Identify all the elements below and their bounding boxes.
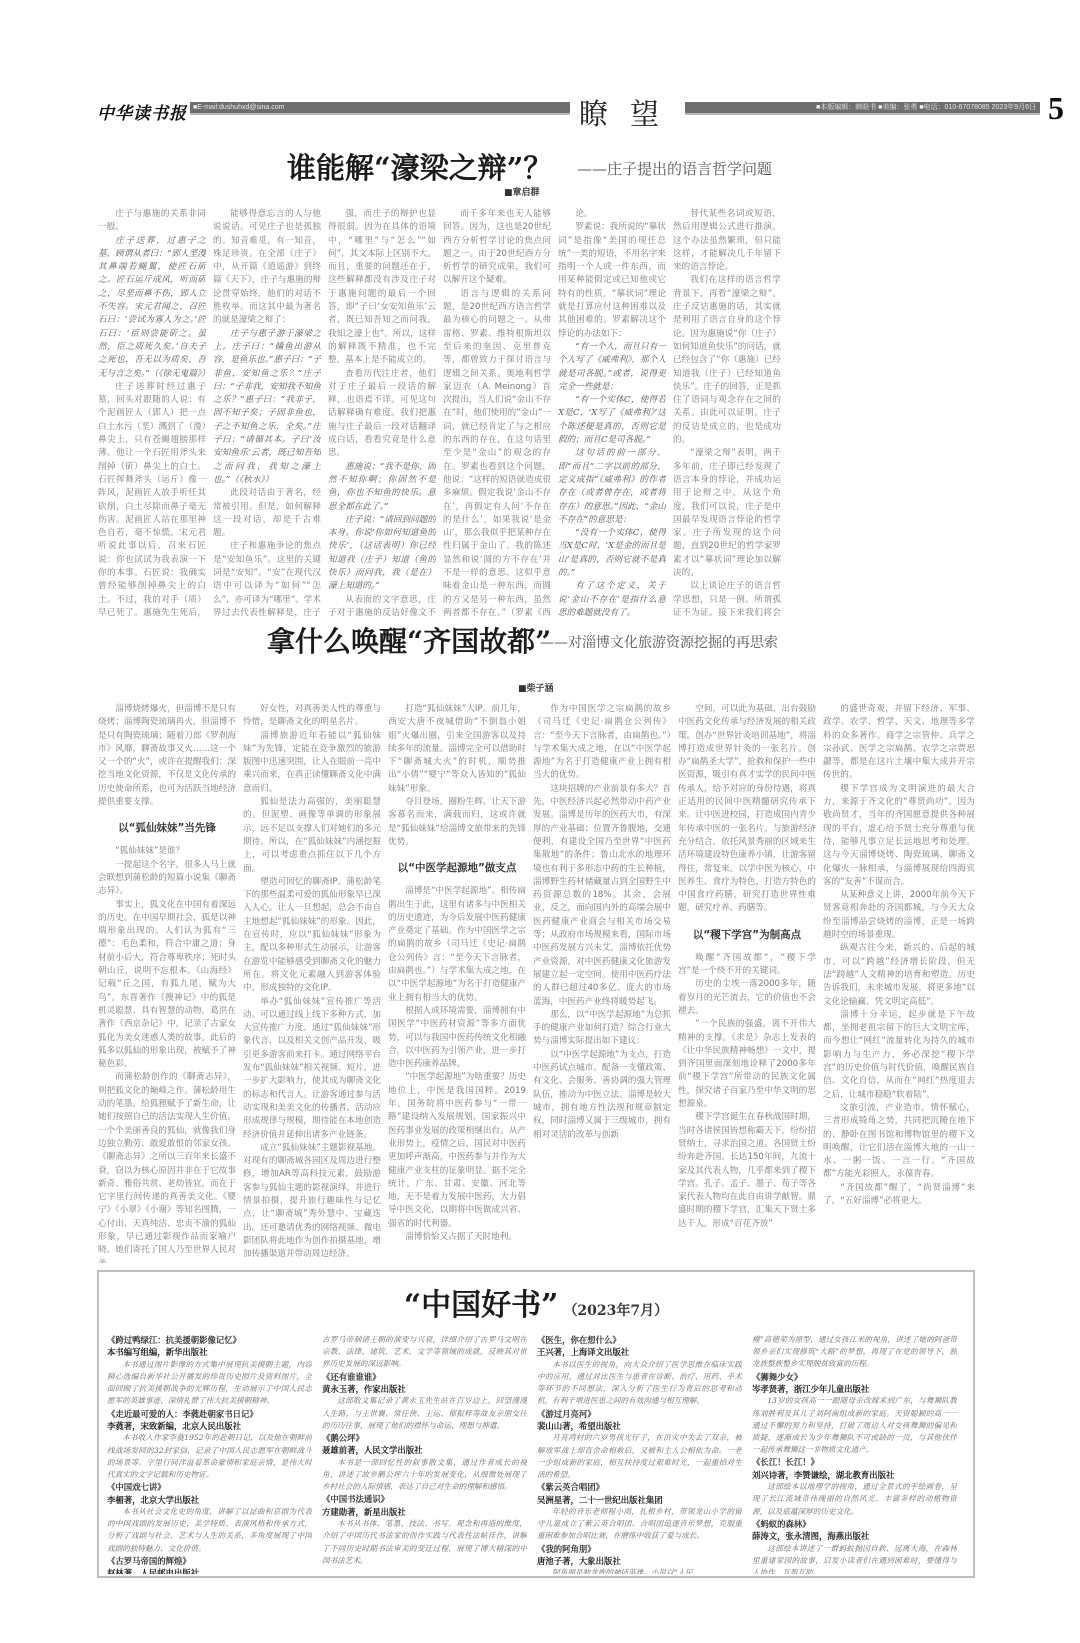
article2-column-3: 打造“狐仙妹妹”大IP。前几年，西安大唐不夜城借助“不倒翁小姐姐”火爆出圈，引来… xyxy=(388,703,526,1263)
page-number: 5 xyxy=(1048,90,1064,127)
article2-byline: ■柴子涵 xyxy=(518,681,554,694)
book-author: 李楣著，北京大学出版社 xyxy=(107,1494,312,1506)
paragraph: 的盛世奇观，并留下经济、军事、政学、农学、哲学、天文、地理等多学科的众多著作。商… xyxy=(823,703,975,783)
article2-column-4: 作为中国医学之宗扁鹊的故乡（司马迁《史记·扁鹊仓公列传》言：“至今天下言脉者，由… xyxy=(533,703,671,1263)
paragraph: 成立“狐仙妹妹”主题影视基地。对现有的聊斋城各园区及周边进行整修，增加AR等高科… xyxy=(243,1142,381,1262)
good-books-column-2: 古罗马帝制诸王朝的演变与兴衰，详细介绍了古罗马文明在宗教、法律、建筑、艺术、文学… xyxy=(322,1334,527,1574)
book-author: 薛涛文，张永清图，海燕出版社 xyxy=(752,1530,957,1542)
subheading: 以“稷下学宫”为制高点 xyxy=(678,928,816,942)
good-books-column-1: 《跨过鸭绿江：抗美援朝影像记忆》本书编写组编，新华出版社本书通过图片影像的方式集… xyxy=(107,1334,312,1574)
book-description: 古罗马帝制诸王朝的演变与兴衰，详细介绍了古罗马文明在宗教、法律、建筑、艺术、文学… xyxy=(322,1334,527,1371)
book-entry: 《还有谁谁谁》黄永玉著，作家出版社这部散文集记录了黄永玉先生站在百岁边上，回望漫… xyxy=(322,1371,527,1432)
book-description: 本书通过图片影像的方式集中展现抗美援朝主题，内容精心选编自新华社公开播发的珍贵历… xyxy=(107,1359,312,1408)
article2-column-5: 空间，可以此为基础，出台鼓励中医药文化传承与经济发展的相关政策。创办“世界针灸培… xyxy=(678,703,816,1263)
subheading: 以“中医学起源地”做支点 xyxy=(388,861,526,875)
paragraph: 庄子送葬时经过惠子墓，回头对跟随的人说：有个泥画匠人（郢人）把一点白土水污（垩）… xyxy=(98,381,206,620)
book-author: 本书编写组编，新华出版社 xyxy=(107,1346,312,1358)
masthead: 中华读书报 ■E-mail:dushuhxd@sina.com 瞭望 ■本版编辑… xyxy=(97,98,975,124)
quote-paragraph: 惠施说：“我不是你，固然不知你啊；你固然不是鱼，你也不知鱼的快乐。意思全都在此了… xyxy=(328,461,436,514)
paragraph: 文旅引流，产业造市，情怀赋心，三者形成犄角之势，共同把沉睡在地下的、静卧在图书馆… xyxy=(823,1102,975,1182)
paragraph: 事实上，狐文化在中国有着深远的历史。在中国早期社会，狐是以神瑞形象出现的。人们认… xyxy=(98,899,236,1072)
paragraph: 稷下学宫诞生在春秋战国时期，当时各诸侯国皆想称霸天下，纷纷招贤纳士，寻求治国之道… xyxy=(678,1111,816,1231)
paragraph: 那么，以“中医学起源地”为总抓手的健康产业如何打造？综合行业大势与淄博实际提出如… xyxy=(533,1009,671,1049)
paragraph: “齐国故都”醒了，“尚贤淄博”来了，“五好淄博”必将更大。 xyxy=(823,1182,975,1209)
paragraph: 论。 xyxy=(558,208,666,221)
book-title: 《中国戏七讲》 xyxy=(107,1481,312,1493)
book-title: 《狮舞少女》 xyxy=(752,1371,957,1383)
paragraph: 纵观古往今来，新兴的、后起的城市，可以“跨越”经济增长阶段，但无法“跨越”人文精… xyxy=(823,942,975,1008)
book-entry: 《鹅公坪》聂雄前著，人民文学出版社本书是一部回忆性的叙事散文集，通过作者成长的视… xyxy=(322,1432,527,1493)
book-entry: 《紫云英合唱团》吴洲星著，二十一世纪出版社集团年轻的音乐老师程小雨，扎根乡村，带… xyxy=(537,1481,742,1542)
book-title: 《走近最可爱的人：李蕤赴朝家书日记》 xyxy=(107,1408,312,1420)
book-description: 这部绘本以地理学的视角，通过全景式的手绘画卷，呈现了长江流域奇伟瑰丽的自然风光、… xyxy=(752,1481,957,1518)
book-description: 模”高德荣为原型，通过女孩江米的视角，讲述了她的阿爸带领乡亲们实现修筑“大路”的… xyxy=(752,1334,957,1371)
article1-column-2: 能够得意忘言的人与他说说话。可见庄子也是孤独的。知音难觅，有一知音，殊足珍贵。在… xyxy=(213,208,321,620)
article1-subtitle: ——庄子提出的语言哲学问题 xyxy=(577,158,772,179)
paragraph: 以“中医学起源地”为支点，打造中医药试点城市。配备一支懂政策、有文化、会服务、善… xyxy=(533,1049,671,1142)
quote-paragraph: 这句话的前一部分，即“而且”二字以前的部分，定义成指“《威弗利》的作者存在（或者… xyxy=(558,447,666,527)
book-title: 《中国书法通识》 xyxy=(322,1493,527,1505)
book-entry: 《医生，你在想什么》王兴著，上海译文出版社本书以医生的视角，向大众介绍了医学思维… xyxy=(537,1334,742,1408)
paragraph: “一个民族的强盛，离不开伟大精神的支撑。《求是》杂志上发表的《让中华民族精神畅想… xyxy=(678,1018,816,1111)
paragraph: 淄博十分幸运，起步就是下午故都，坐拥老祖宗留下的巨大文明宝库，而今想让“网红”流… xyxy=(823,1009,975,1102)
article1-column-5: 论。罗素说：我所说的“摹状词”是指像“美国的现任总统”一类的短语，不用名字来指明… xyxy=(558,208,666,620)
paragraph: 历史的尘埃一落2000多年，随着岁月的光芒流去，它的价值也不会褪去。 xyxy=(678,978,816,1018)
section-title: 瞭望 xyxy=(579,92,681,133)
book-author: 岑孝贤著，浙江少年儿童出版社 xyxy=(752,1383,957,1395)
book-author: 赵林著，人民邮电出版社 xyxy=(107,1567,312,1574)
book-title: 《紫云英合唱团》 xyxy=(537,1481,742,1493)
book-description: 这部散文集记录了黄永玉先生站在百岁边上，回望漫漫人生路，与王世襄、常任侠、王运、… xyxy=(322,1395,527,1432)
book-entry: 《蚂蚁的森林》薛涛文，张永清图，海燕出版社这部绘本讲述了一群蚂蚁抛因自救、远离大… xyxy=(752,1518,957,1574)
book-entry: 《中国书法通识》方建勋著，新星出版社本书从书体、笔墨、技法、书写、观念和再造的维… xyxy=(322,1493,527,1567)
paragraph: 从某种意义上讲，2000年前今天下贤客竟相奔赴的齐国都城，与今天大众纷至淄博品尝… xyxy=(823,889,975,942)
paragraph: 空间，可以此为基础，出台鼓励中医药文化传承与经济发展的相关政策。创办“世界针灸培… xyxy=(678,703,816,916)
article1-column-3: 强，而庄子的辩护也显得很弱。因为在具体的语境中，“哪里”与“怎么”“如何”，其文… xyxy=(328,208,436,620)
paragraph: “濠梁之辩”表明，两千多年前，庄子即已经发现了语言本身的悖论，并成功运用于论辩之… xyxy=(673,447,781,580)
book-title: 《游过月亮河》 xyxy=(537,1408,742,1420)
paragraph: 以上谈论庄子的语言哲学思想，只是一例。所谓孤证不为证。接下来我们将会有连续的论证… xyxy=(673,580,781,620)
article1-column-6: 替代某些名词或短语，然后用逻辑公式进行推演。这个办法虽然繁琐，但只能这样，才能解… xyxy=(673,208,781,620)
book-entry: 模”高德荣为原型，通过女孩江米的视角，讲述了她的阿爸带领乡亲们实现修筑“大路”的… xyxy=(752,1334,957,1371)
article2-subtitle: ——对淄博文化旅游资源挖掘的再思索 xyxy=(540,632,778,652)
book-title: 《医生，你在想什么》 xyxy=(537,1334,742,1346)
subheading: 以“狐仙妹妹”当先锋 xyxy=(98,821,236,835)
book-entry: 《狮舞少女》岑孝贤著，浙江少年儿童出版社13岁的女孩高一一跟随母亲改嫁来到广东，… xyxy=(752,1371,957,1457)
quote-paragraph: 庄子说：“请回到问题的本身。你说‘你如何知道鱼的快乐’，（这话表明）你已经知道我… xyxy=(328,514,436,594)
book-author: 黄永玉著，作家出版社 xyxy=(322,1383,527,1395)
paragraph: “狐仙妹妹”是谁？ xyxy=(98,845,236,858)
paragraph: 一提起这个名字，很多人马上就会联想到蒲松龄的短篇小说集《聊斋志异》。 xyxy=(98,859,236,899)
article1-title: 谁能解“濠梁之辩”？ xyxy=(287,146,552,187)
editor-info-bar: ■本版编辑：韩晗书 ■美编：张勇 ■电话：010-67078085 2023年9… xyxy=(685,102,1040,115)
book-description: 年轻的音乐老师程小雨，扎根乡村，带领龙山小学的留守儿童成立了紫云英合唱团。合唱团… xyxy=(537,1506,742,1543)
book-author: 裴山山著，希望出版社 xyxy=(537,1420,742,1432)
book-entry: 《我的阿角朋》唐池子著，大象出版社阿角朋是独龙族的神话英雄。小说以“人民 xyxy=(537,1543,742,1574)
book-author: 唐池子著，大象出版社 xyxy=(537,1555,742,1567)
book-author: 王兴著，上海译文出版社 xyxy=(537,1346,742,1358)
book-entry: 《中国戏七讲》李楣著，北京大学出版社本书从社会文化史的角度，讲解了以昆曲和京剧为… xyxy=(107,1481,312,1555)
quote-paragraph: 庄子送葬，过惠子之墓，顾谓从者曰：“郢人垩漫其鼻端若蝇翼，使匠石斫之。匠石运斤成… xyxy=(98,235,206,381)
quote-paragraph: “有一个实体C，使得若X是C，‘X写了《威弗利》’这个陈述便是真的，否则它是假的… xyxy=(558,394,666,447)
paragraph: 淄博是“中医学起源地”。相传扁鹊出生于此，这里有诸多与中医相关的历史遗迹，为今后… xyxy=(388,885,526,1005)
book-title: 《还有谁谁谁》 xyxy=(322,1371,527,1383)
book-entry: 《长江！长江！》刘兴诗著，李赞谦绘，湖北教育出版社这部绘本以地理学的视角，通过全… xyxy=(752,1456,957,1517)
paragraph: 罗素说：我所说的“摹状词”是指像“美国的现任总统”一类的短语，不用名字来指明一个… xyxy=(558,221,666,341)
book-title: 《古罗马帝国的辉煌》 xyxy=(107,1555,312,1567)
article2-column-6: 的盛世奇观，并留下经济、军事、政学、农学、哲学、天文、地理等多学科的众多著作。商… xyxy=(823,703,975,1263)
book-entry: 《跨过鸭绿江：抗美援朝影像记忆》本书编写组编，新华出版社本书通过图片影像的方式集… xyxy=(107,1334,312,1408)
book-title: 《长江！长江！》 xyxy=(752,1456,957,1468)
book-entry: 古罗马帝制诸王朝的演变与兴衰，详细介绍了古罗马文明在宗教、法律、建筑、艺术、文学… xyxy=(322,1334,527,1371)
paragraph: 作为中国医学之宗扁鹊的故乡（司马迁《史记·扁鹊仓公列传》言：“至今天下言脉者，由… xyxy=(533,703,671,783)
paragraph: 好女性，对真善美人性的尊重与怜惜，是聊斋文化的明星名片。 xyxy=(243,703,381,730)
paragraph: “中医学起源地”为啥重要？历史地位上，中医是我国国粹。2019年，国务院将中医药… xyxy=(388,1071,526,1231)
paragraph: 稷下学宫成为文明演进的最大合力，来源于齐文化的“尊贤尚功”。因为敬尚贤才，当年的… xyxy=(823,783,975,889)
book-description: 月亮湾村的六岁男孩光仔子，在洪灾中失去了双亲，被解放军战士却直舍命相救后，又被和… xyxy=(537,1432,742,1481)
book-entry: 《游过月亮河》裴山山著，希望出版社月亮湾村的六岁男孩光仔子，在洪灾中失去了双亲，… xyxy=(537,1408,742,1482)
good-books-column-4: 模”高德荣为原型，通过女孩江米的视角，讲述了她的阿爸带领乡亲们实现修筑“大路”的… xyxy=(752,1334,957,1574)
paragraph: 而千多年来也无人能够回答。因为，这也是20世纪西方分析哲学讨论的焦点问题之一。由… xyxy=(443,208,551,288)
quote-paragraph: “没有一个实体C，使得当X是C时，‘X是金的而且是山’是真的，否则它就不是真的。… xyxy=(558,527,666,580)
paragraph: 淄博烧烤爆火，但淄博不是只有烧烤；淄博陶瓷琉璃再火，但淄博不是只有陶瓷琉璃；随着… xyxy=(98,703,236,809)
book-description: 本书从书体、笔墨、技法、书写、观念和再造的维度，介绍了中国历代书法家的创作实践与… xyxy=(322,1518,527,1567)
paragraph: 此段对话由于著名，经常被引用。但是，如何解释这一段对话，却是千古难题。 xyxy=(213,487,321,540)
book-entry: 《古罗马帝国的辉煌》赵林著，人民邮电出版社本书系统讲述了古罗马文明的起源与发展，… xyxy=(107,1555,312,1574)
book-description: 本书从社会文化史的角度，讲解了以昆曲和京剧为代表的中国戏剧的发展历史、美学特质、… xyxy=(107,1506,312,1555)
paragraph: 狐仙是法力高强的，美丽聪慧的。但泥塑、画像等单调的形象展示，远不足以支撑人们对她… xyxy=(243,796,381,876)
article1-byline: ■章启群 xyxy=(504,185,540,198)
quote-paragraph: 有了这个定义，关于说‘金山不存在’是指什么意思的难题就没有了。 xyxy=(558,580,666,620)
email-bar: ■E-mail:dushuhxd@sina.com xyxy=(190,102,570,115)
good-books-column-3: 《医生，你在想什么》王兴著，上海译文出版社本书以医生的视角，向大众介绍了医学思维… xyxy=(537,1334,742,1574)
quote-paragraph: 庄子与惠子游于濠梁之上。庄子曰：“鯈鱼出游从容，是鱼乐也。”惠子曰：“子非鱼，安… xyxy=(213,328,321,488)
paragraph: 唤醒“齐国故都”，“稷下学宫”是一个绕不开的关键词。 xyxy=(678,952,816,979)
book-description: 本书收入作家李蕤1952年的赴朝日记，以及他在朝鲜前线战场发回的32封家信，记录… xyxy=(107,1432,312,1481)
good-books-box: “中国好书” （2023年7月） 《跨过鸭绿江：抗美援朝影像记忆》本书编写组编，… xyxy=(97,1270,975,1578)
paragraph: 替代某些名词或短语，然后用逻辑公式进行推演。这个办法虽然繁琐，但只能这样，才能解… xyxy=(673,208,781,274)
paragraph: 塑造可回忆的聊斋IP。蒲松龄笔下的那些温柔可爱的狐仙形象早已深入人心。让人一旦想… xyxy=(243,876,381,996)
paragraph: 我们在这样的语言哲学背景下，再看“濠梁之辩”。庄子反诘惠施的话，其实就是利用了语… xyxy=(673,274,781,447)
newspaper-logo: 中华读书报 xyxy=(97,99,189,124)
book-description: 这部绘本讲述了一群蚂蚁抛因自救、远离大海，在森林里重建家园的故事，启发小读者们在… xyxy=(752,1543,957,1574)
paragraph: 能够得意忘言的人与他说说话。可见庄子也是孤独的。知音难觅，有一知音，殊足珍贵。在… xyxy=(213,208,321,328)
book-author: 聂雄前著，人民文学出版社 xyxy=(322,1444,527,1456)
book-title: 《跨过鸭绿江：抗美援朝影像记忆》 xyxy=(107,1334,312,1346)
paragraph: 语言与逻辑的关系问题，是20世纪西方语言哲学最为核心的问题之一。从弗雷格、罗素、… xyxy=(443,288,551,620)
book-description: 本书以医生的视角，向大众介绍了医学思维在临床实践中的应用，通过对比医生与患者在诊… xyxy=(537,1359,742,1408)
article1-column-4: 而千多年来也无人能够回答。因为，这也是20世纪西方分析哲学讨论的焦点问题之一。由… xyxy=(443,208,551,620)
paragraph: 根据人或环境需要，淄博拥有中国医学“中医药材资源”等多方面优势，可以与我国中医药… xyxy=(388,1005,526,1071)
book-title: 《我的阿角朋》 xyxy=(537,1543,742,1555)
book-author: 李蕤著，宋致新编，北京人民出版社 xyxy=(107,1420,312,1432)
paragraph: 庄子与惠施的关系非同一般。 xyxy=(98,208,206,235)
good-books-title: “中国好书” xyxy=(404,1288,559,1323)
paragraph: 打造“狐仙妹妹”大IP。前几年，西安大唐不夜城借助“不倒翁小姐姐”火爆出圈，引来… xyxy=(388,703,526,796)
book-title: 《鹅公坪》 xyxy=(322,1432,527,1444)
good-books-period: （2023年7月） xyxy=(563,1303,668,1319)
paragraph: 淄博恰恰又占据了天时地利。 xyxy=(388,1231,526,1244)
paragraph: 这块招牌的产业前景有多大？首先，中医经济兴起必然带动中药产业发展。淄博是历年的医… xyxy=(533,783,671,1009)
good-books-heading: “中国好书” （2023年7月） xyxy=(99,1280,973,1324)
book-title: 《蚂蚁的森林》 xyxy=(752,1518,957,1530)
article2-column-1: 淄博烧烤爆火，但淄博不是只有烧烤；淄博陶瓷琉璃再火，但淄博不是只有陶瓷琉璃；随着… xyxy=(98,703,236,1263)
article2-column-2: 好女性，对真善美人性的尊重与怜惜，是聊斋文化的明星名片。淄博旅游近年若能以“狐仙… xyxy=(243,703,381,1263)
book-author: 方建勋著，新星出版社 xyxy=(322,1506,527,1518)
paragraph: 举办“狐仙妹妹”宣传推广等活动。可以通过线上线下多种方式，加大宣传推广力度。通过… xyxy=(243,996,381,1142)
paragraph: 庄子和惠施争论的焦点是“安知鱼乐”。这里的关键词是“安知”。“安”在现代汉语中可… xyxy=(213,540,321,620)
paragraph: 而蒲松龄创作的《聊斋志异》，则把狐文化的巅峰之作。蒲松龄用生动的笔墨，给狐狸赋予… xyxy=(98,1071,236,1263)
book-description: 阿角朋是独龙族的神话英雄。小说以“人民 xyxy=(537,1567,742,1574)
paragraph: 淄博旅游近年若能以“狐仙妹妹”为先锋，定能在竞争激烈的旅游版图中迅速突围，让人在… xyxy=(243,730,381,796)
paragraph: 查看历代注庄者，他们对于庄子最后一段话的解释，也语焉不详。可见这句话解释确有难度… xyxy=(328,368,436,461)
article2-title: 拿什么唤醒“齐国故都” xyxy=(267,620,551,660)
book-author: 吴洲星著，二十一世纪出版社集团 xyxy=(537,1494,742,1506)
quote-paragraph: “有一个人，而且只有一个人写了《威弗利》，那个人就是司各脱。”或者，说得更完全一… xyxy=(558,341,666,394)
paragraph: 从表面的文字意思，庄子对于惠施的反诘好像文不对题。为什么“你如何知道鱼的快乐”的… xyxy=(328,594,436,620)
article1-column-1: 庄子与惠施的关系非同一般。庄子送葬，过惠子之墓，顾谓从者曰：“郢人垩漫其鼻端若蝇… xyxy=(98,208,206,620)
book-author: 刘兴诗著，李赞谦绘，湖北教育出版社 xyxy=(752,1469,957,1481)
paragraph: 强，而庄子的辩护也显得很弱。因为在具体的语境中，“哪里”与“怎么”“如何”，其文… xyxy=(328,208,436,368)
book-description: 13岁的女孩高一一跟随母亲改嫁来到广东，与舞狮队教练刘胜利及其儿子刘阿南组成新的… xyxy=(752,1395,957,1456)
paragraph: 夺目登场，圈粉生辉。让天下游客慕名而来，满载而归，这或许就是“狐仙妹妹”给淄博文… xyxy=(388,796,526,849)
book-description: 本书是一部回忆性的叙事散文集，通过作者成长的视角，讲述了故乡鹅公坪六十年的发展变… xyxy=(322,1457,527,1494)
book-entry: 《走近最可爱的人：李蕤赴朝家书日记》李蕤著，宋致新编，北京人民出版社本书收入作家… xyxy=(107,1408,312,1482)
